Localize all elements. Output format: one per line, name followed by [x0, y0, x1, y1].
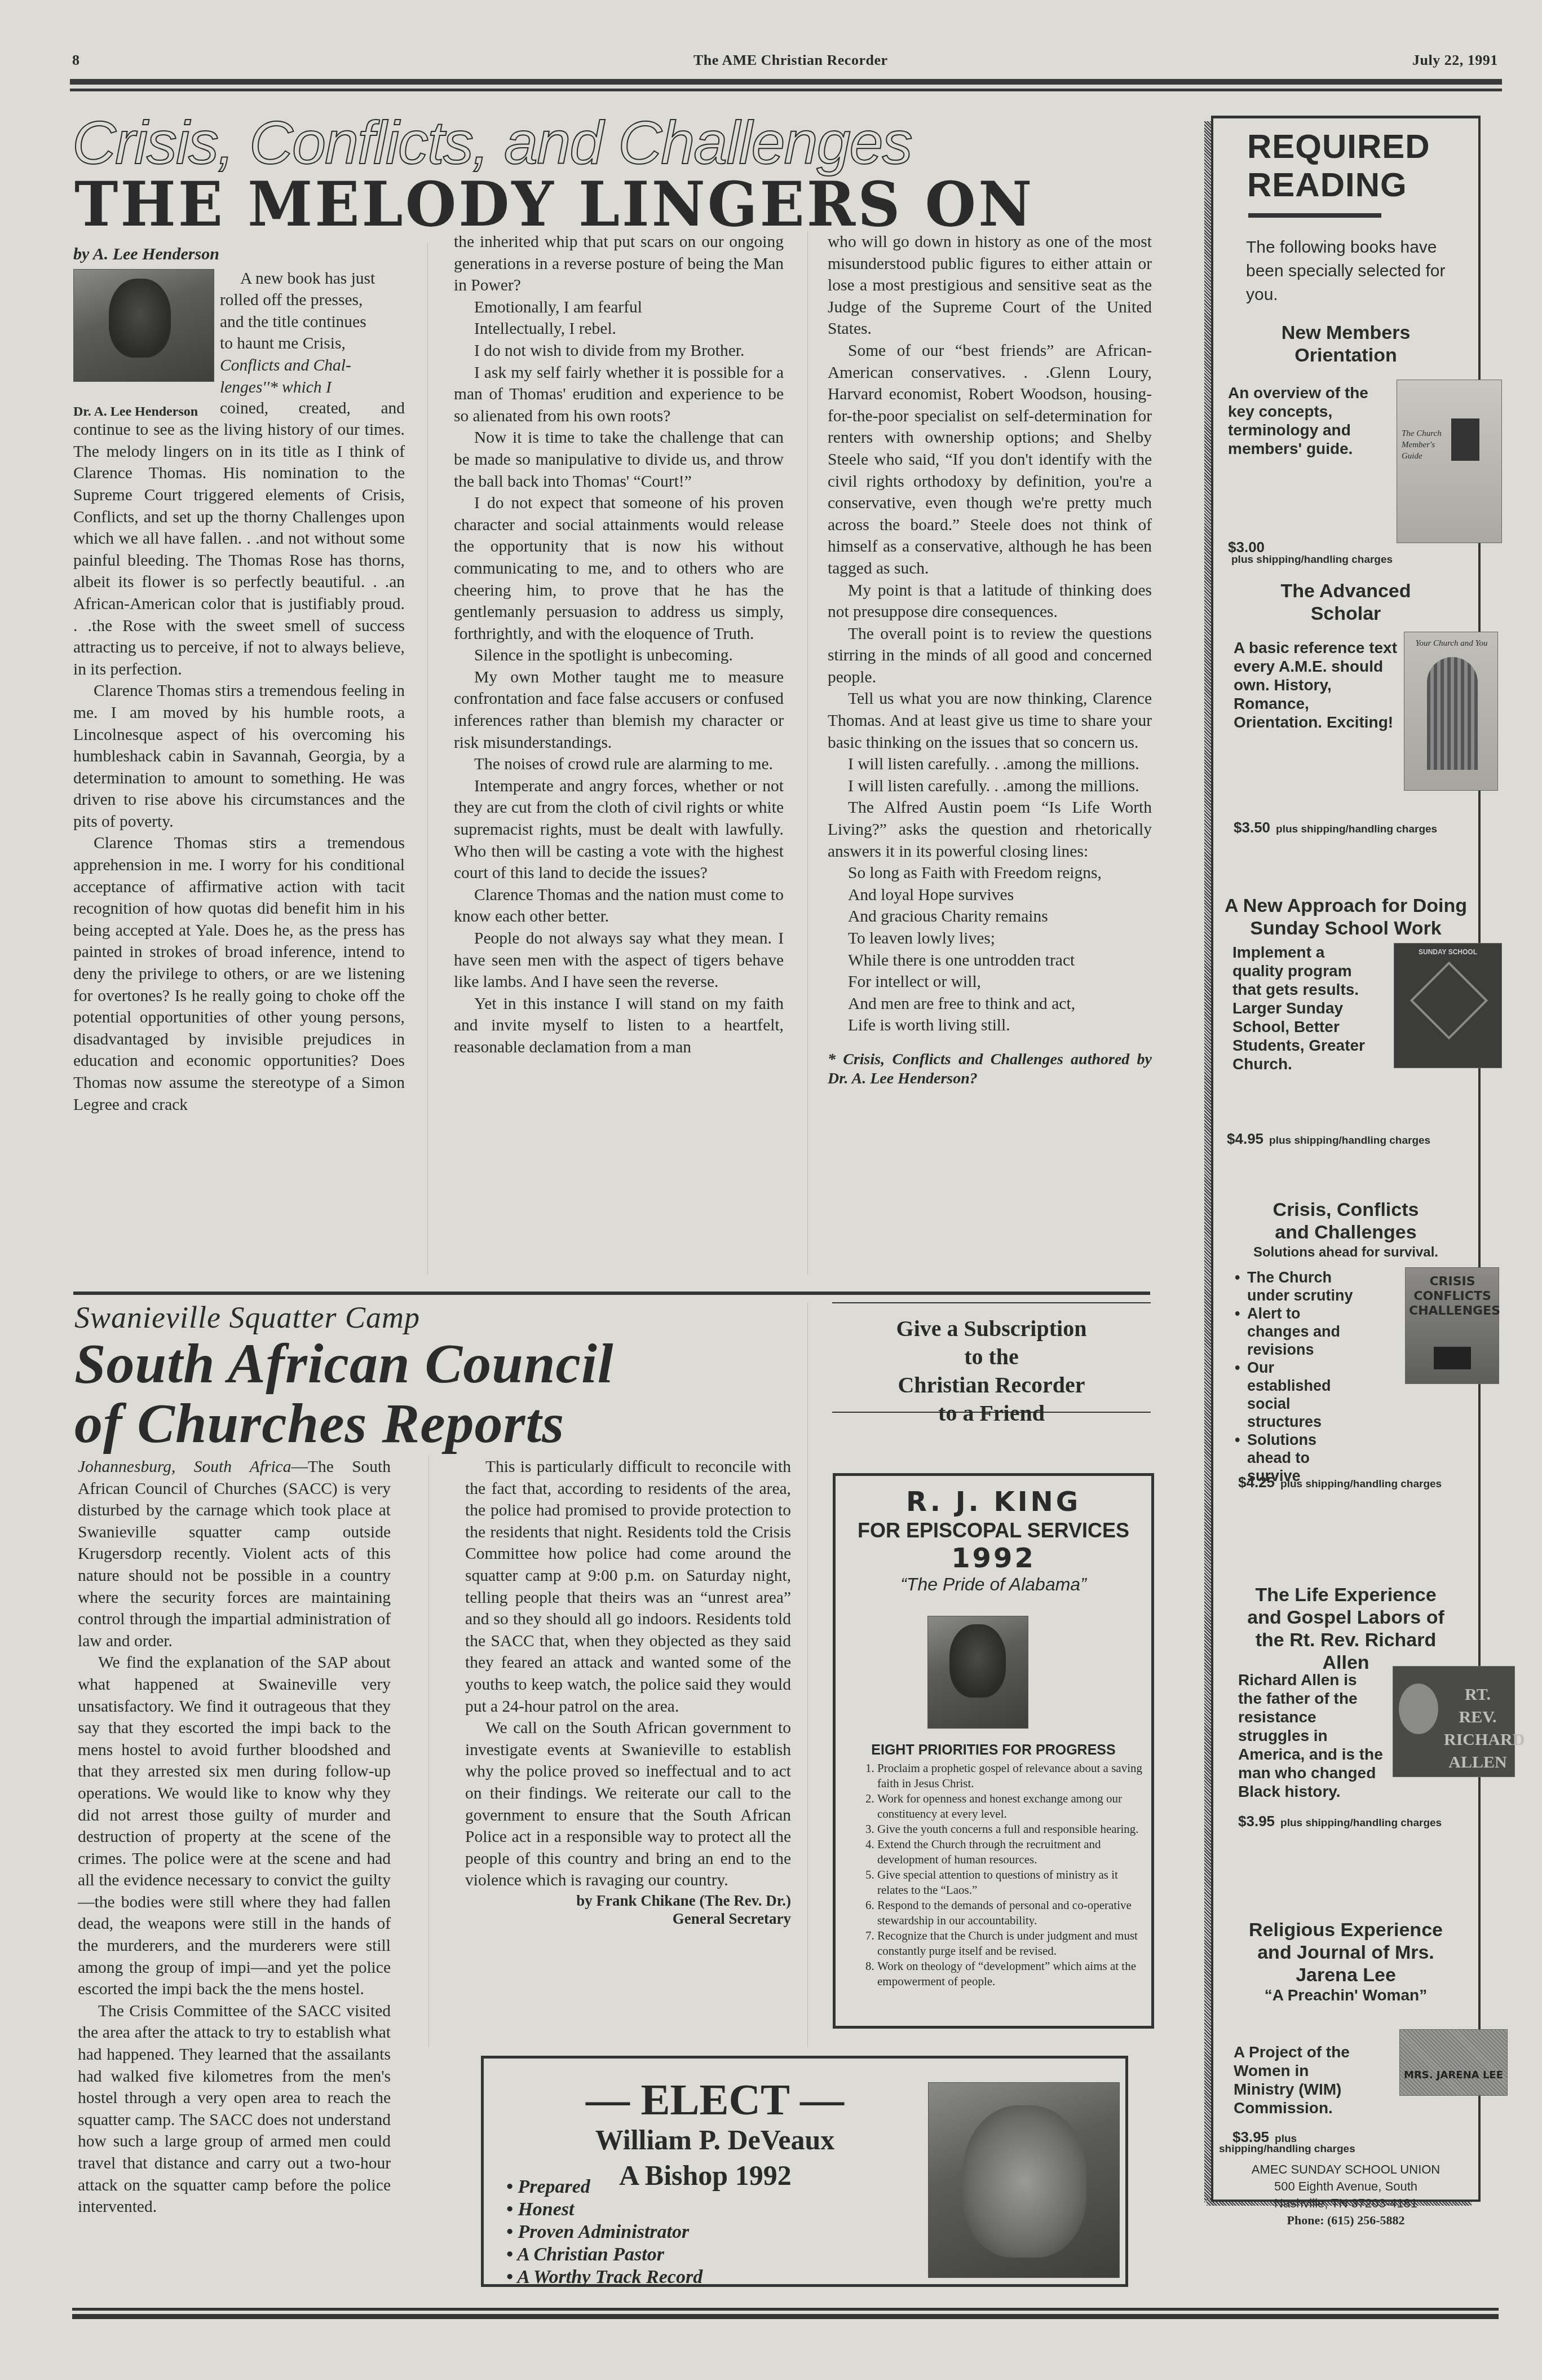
publisher-name: AMEC SUNDAY SCHOOL UNION	[1213, 2161, 1478, 2178]
priority-item: Extend the Church through the recruitmen…	[877, 1837, 1145, 1867]
book-description: A basic reference text every A.M.E. shou…	[1234, 638, 1397, 731]
poem-line: To leaven lowly lives;	[848, 928, 1152, 950]
candidate-photo	[928, 2082, 1120, 2278]
paragraph: Intellectually, I rebel.	[454, 318, 784, 340]
book-price: $3.50plus shipping/handling charges	[1234, 819, 1437, 836]
paragraph: I will listen carefully. . .among the mi…	[828, 775, 1152, 797]
publisher-city: Nashville, TN 37203-4181	[1213, 2195, 1478, 2212]
book-item[interactable]: A New Approach for Doing Sunday School W…	[1213, 894, 1478, 1176]
lead-article-col2: the inherited whip that put scars on our…	[454, 231, 784, 1059]
book-title: A New Approach for Doing Sunday School W…	[1213, 894, 1478, 940]
quality-item: Proven Administrator	[506, 2221, 702, 2244]
poem-line: While there is one untrodden tract	[848, 950, 1152, 972]
byline: by A. Lee Henderson	[73, 244, 405, 266]
church-icon	[1434, 1347, 1471, 1369]
footer-rule-thin	[72, 2308, 1499, 2311]
poem-line: And loyal Hope survives	[848, 884, 1152, 906]
footer-rule-thick	[72, 2314, 1499, 2319]
book-cover: The Church Member's Guide	[1397, 380, 1502, 543]
book-price: $4.25plus shipping/handling charges	[1238, 1474, 1442, 1491]
paragraph: This is particularly difficult to reconc…	[465, 1456, 791, 1717]
footnote: * Crisis, Conflicts and Challenges autho…	[828, 1050, 1152, 1088]
quality-item: Honest	[506, 2198, 702, 2221]
paragraph: The noises of crowd rule are alarming to…	[454, 753, 784, 775]
book-title: The Advanced Scholar	[1213, 580, 1478, 625]
paragraph: The Crisis Committee of the SACC visited…	[78, 2000, 391, 2218]
priority-item: Give special attention to questions of m…	[877, 1867, 1145, 1898]
book-description: Implement a quality program that gets re…	[1232, 943, 1379, 1073]
book-title: New Members Orientation	[1213, 321, 1478, 367]
priority-item: Give the youth concerns a full and respo…	[877, 1822, 1145, 1837]
paragraph: The overall point is to review the quest…	[828, 623, 1152, 689]
stained-glass-icon	[1427, 657, 1478, 770]
sacc-headline: South African Council of Churches Report…	[74, 1334, 807, 1453]
page-number: 8	[72, 52, 80, 69]
church-icon	[1451, 418, 1479, 461]
priority-item: Proclaim a prophetic gospel of relevance…	[877, 1761, 1145, 1791]
paragraph: I ask my self fairly whether it is possi…	[454, 362, 784, 427]
sacc-kicker: Swanieville Squatter Camp	[74, 1300, 420, 1335]
author-photo	[73, 269, 214, 382]
signature-title: General Secretary	[465, 1910, 791, 1928]
poem-line: For intellect or will,	[848, 971, 1152, 993]
quality-item: Prepared	[506, 2176, 702, 2198]
elect-title: — ELECT —	[540, 2074, 890, 2125]
column-divider	[427, 243, 428, 1275]
paragraph: the inherited whip that put scars on our…	[454, 231, 784, 297]
masthead-rule-thin	[70, 89, 1502, 91]
book-subtitle: Solutions ahead for survival.	[1213, 1245, 1478, 1260]
paragraph: I do not wish to divide from my Brother.	[454, 340, 784, 362]
book-cover: MRS. JARENA LEE	[1399, 2029, 1508, 2096]
priority-item: Respond to the demands of personal and c…	[877, 1898, 1145, 1928]
paragraph: Clarence Thomas and the nation must come…	[454, 884, 784, 928]
paragraph: Intemperate and angry forces, whether or…	[454, 775, 784, 884]
book-item[interactable]: The Life Experience and Gospel Labors of…	[1213, 1584, 1478, 1866]
sidebar-intro: The following books have been specially …	[1246, 236, 1461, 307]
book-cover: RT. REV. RICHARD ALLEN	[1393, 1666, 1515, 1777]
paragraph: Tell us what you are now thinking, Clare…	[828, 688, 1152, 753]
column-divider	[807, 231, 808, 1275]
publisher-address: 500 Eighth Avenue, South	[1213, 2178, 1478, 2195]
paragraph: Clarence Thomas stirs a tremendous appre…	[73, 832, 405, 1116]
book-item[interactable]: New Members Orientation An overview of t…	[1213, 321, 1478, 558]
column-divider	[428, 1455, 429, 2047]
qualities-list: Prepared Honest Proven Administrator A C…	[506, 2176, 702, 2289]
book-item[interactable]: Crisis, Conflicts and Challenges Solutio…	[1213, 1198, 1478, 1503]
paragraph: The Alfred Austin poem “Is Life Worth Li…	[828, 797, 1152, 862]
book-title: Crisis, Conflicts and Challenges	[1213, 1198, 1478, 1244]
section-rule	[73, 1292, 1150, 1295]
paragraph: Some of our “best friends” are African-A…	[828, 340, 1152, 580]
diamond-icon	[1410, 962, 1488, 1040]
paragraph: People do not always say what they mean.…	[454, 928, 784, 993]
poem-line: And men are free to think and act,	[848, 993, 1152, 1015]
issue-date: July 22, 1991	[1412, 52, 1498, 69]
book-description: An overview of the key concepts, termino…	[1228, 384, 1391, 458]
publisher-phone[interactable]: Phone: (615) 256-5882	[1213, 2212, 1478, 2229]
signature-name: by Frank Chikane (The Rev. Dr.)	[465, 1892, 791, 1910]
paragraph: Emotionally, I am fearful	[454, 297, 784, 319]
lead-headline: THE MELODY LINGERS ON	[74, 168, 1034, 240]
book-title: The Life Experience and Gospel Labors of…	[1213, 1584, 1478, 1674]
sidebar-title: REQUIRED READING	[1247, 127, 1478, 204]
required-reading-sidebar: REQUIRED READING The following books hav…	[1211, 116, 1481, 2202]
poem: So long as Faith with Freedom reigns, An…	[848, 862, 1152, 1037]
poem-line: So long as Faith with Freedom reigns,	[848, 862, 1152, 884]
publisher-info: AMEC SUNDAY SCHOOL UNION 500 Eighth Aven…	[1213, 2161, 1478, 2229]
paragraph: Johannesburg, South Africa—The South Afr…	[78, 1456, 391, 1652]
candidate-photo	[927, 1616, 1028, 1729]
publication-name: The AME Christian Recorder	[693, 52, 887, 69]
campaign-tagline: “The Pride of Alabama”	[836, 1574, 1151, 1595]
paragraph: Now it is time to take the challenge tha…	[454, 427, 784, 492]
book-price: $3.95plus shipping/handling charges	[1238, 1813, 1442, 1830]
sacc-col1: Johannesburg, South Africa—The South Afr…	[78, 1456, 391, 2218]
paragraph: who will go down in history as one of th…	[828, 231, 1152, 340]
masthead-rule-thick	[70, 79, 1502, 85]
shipping-note: plus shipping/handling charges	[1231, 554, 1393, 566]
book-cover: CRISIS CONFLICTS CHALLENGES	[1405, 1267, 1499, 1384]
paragraph: Clarence Thomas stirs a tremendous feeli…	[73, 680, 405, 832]
book-description: A Project of the Women in Ministry (WIM)…	[1234, 2043, 1369, 2117]
column-divider	[807, 1303, 808, 2047]
quality-item: A Worthy Track Record	[506, 2266, 702, 2289]
book-subtitle: “A Preachin' Woman”	[1213, 1986, 1478, 2004]
paragraph: We find the explanation of the SAP about…	[78, 1652, 391, 2000]
priorities-title: EIGHT PRIORITIES FOR PROGRESS	[836, 1742, 1151, 1758]
paragraph: I do not expect that someone of his prov…	[454, 492, 784, 645]
paragraph: We call on the South African government …	[465, 1717, 791, 1892]
title-underline	[1248, 213, 1381, 218]
dateline: Johannesburg, South Africa	[78, 1458, 291, 1476]
book-cover: Your Church and You	[1404, 632, 1498, 791]
photo-caption: Dr. A. Lee Henderson	[73, 401, 198, 423]
book-item[interactable]: Religious Experience and Journal of Mrs.…	[1213, 1919, 1478, 2144]
lead-article-col3: who will go down in history as one of th…	[828, 231, 1152, 1088]
intro-lines: A new book has just rolled off the press…	[220, 268, 405, 399]
candidate-name: William P. DeVeaux	[540, 2123, 890, 2156]
shipping-note: shipping/handling charges	[1219, 2143, 1355, 2156]
candidate-name: R. J. KING	[836, 1486, 1151, 1518]
poem-line: And gracious Charity remains	[848, 906, 1152, 928]
book-cover: SUNDAY SCHOOL	[1394, 943, 1502, 1068]
sidebar-shadow	[1204, 121, 1211, 2202]
paragraph: Yet in this instance I will stand on my …	[454, 993, 784, 1059]
paragraph: My point is that a latitude of thinking …	[828, 580, 1152, 623]
candidate-office: FOR EPISCOPAL SERVICES	[836, 1519, 1151, 1542]
poem-line: Life is worth living still.	[848, 1015, 1152, 1037]
priority-item: Recognize that the Church is under judgm…	[877, 1928, 1145, 1959]
portrait-icon	[1399, 1683, 1438, 1734]
subscription-ad[interactable]: Give a Subscription to the Christian Rec…	[832, 1302, 1151, 1413]
book-bullets: The Church under scrutiny Alert to chang…	[1232, 1268, 1357, 1485]
paragraph: My own Mother taught me to measure confr…	[454, 667, 784, 753]
king-campaign-ad: R. J. KING FOR EPISCOPAL SERVICES 1992 “…	[833, 1473, 1154, 2029]
priorities-list: Proclaim a prophetic gospel of relevance…	[863, 1761, 1145, 1989]
campaign-year: 1992	[836, 1542, 1151, 1574]
paragraph: Silence in the spotlight is unbecoming.	[454, 645, 784, 667]
book-item[interactable]: The Advanced Scholar A basic reference t…	[1213, 580, 1478, 850]
book-title: Religious Experience and Journal of Mrs.…	[1213, 1919, 1478, 1986]
sacc-col2: This is particularly difficult to reconc…	[465, 1456, 791, 1928]
book-description: Richard Allen is the father of the resis…	[1238, 1671, 1385, 1801]
book-price: $4.95plus shipping/handling charges	[1227, 1130, 1430, 1148]
priority-item: Work for openness and honest exchange am…	[877, 1791, 1145, 1822]
paragraph: I will listen carefully. . .among the mi…	[828, 753, 1152, 775]
lead-article-col1: by A. Lee Henderson A new book has just …	[73, 244, 405, 1116]
paragraph: coined, created, and continue to see as …	[73, 398, 405, 681]
quality-item: A Christian Pastor	[506, 2244, 702, 2266]
priority-item: Work on theology of “development” which …	[877, 1959, 1145, 1989]
deveaux-campaign-ad: — ELECT — William P. DeVeaux A Bishop 19…	[481, 2056, 1128, 2287]
